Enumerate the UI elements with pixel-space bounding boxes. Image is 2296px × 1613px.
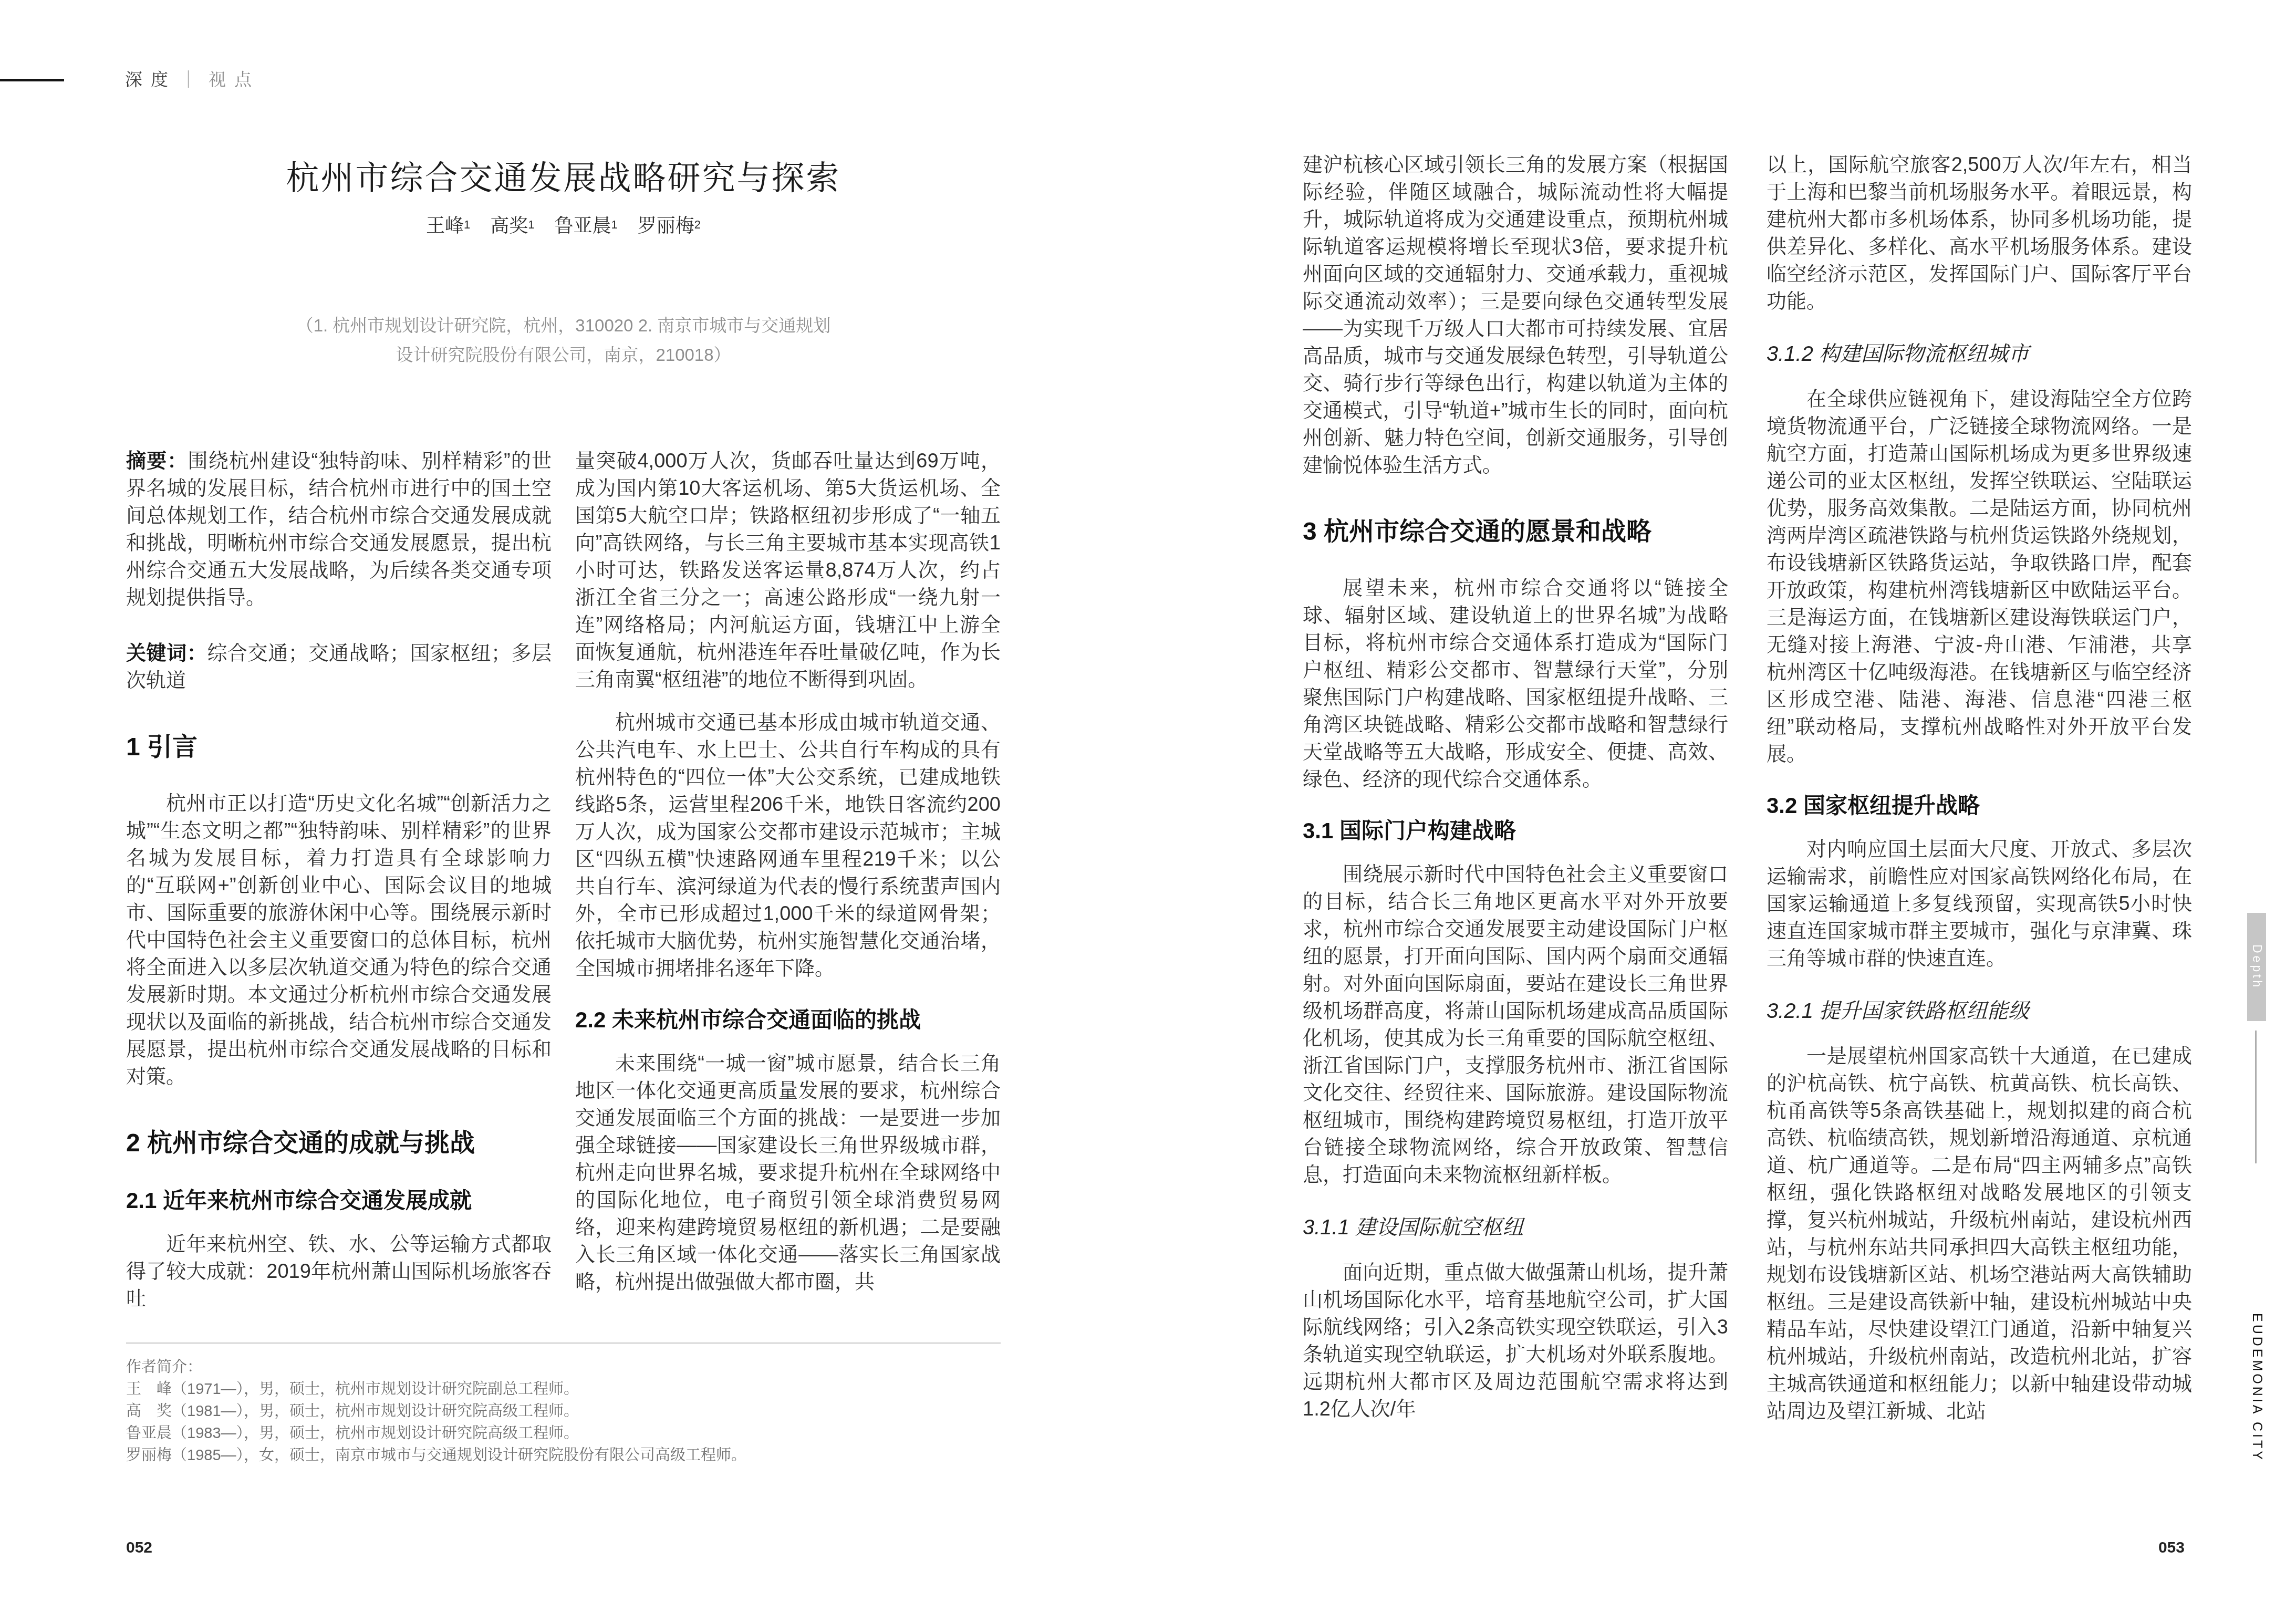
heading-3-1-international-gateway: 3.1 国际门户构建战略 [1303, 816, 1728, 845]
paragraph: 近年来杭州空、铁、水、公等运输方式都取得了较大成就：2019年杭州萧山国际机场旅… [126, 1231, 552, 1313]
top-left-rule [0, 79, 64, 81]
column-3: 建沪杭核心区域引领长三角的发展方案（根据国际经验，伴随区域融合，城际流动性将大幅… [1303, 151, 1728, 1423]
author-name: 鲁亚晨 [555, 215, 611, 236]
page-number-left: 052 [126, 1539, 152, 1557]
paragraph: 杭州城市交通已基本形成由城市轨道交通、公共汽电车、水上巴士、公共自行车构成的具有… [575, 709, 1001, 982]
bio-line: 罗丽梅（1985—），女，硕士，南京市城市与交通规划设计研究院股份有限公司高级工… [126, 1444, 1019, 1466]
keywords: 关键词：综合交通；交通战略；国家枢纽；多层次轨道 [126, 640, 552, 694]
heading-3-2-national-hub: 3.2 国家枢纽提升战略 [1767, 791, 2192, 820]
abstract-label: 摘要： [126, 450, 188, 472]
column-2: 量突破4,000万人次，货邮吞吐量达到69万吨，成为国内第10大客运机场、第5大… [575, 448, 1001, 1296]
author: 鲁亚晨1 [555, 215, 618, 236]
author-name: 罗丽梅 [638, 215, 694, 236]
paragraph: 在全球供应链视角下，建设海陆空全方位跨境货物流通平台，广泛链接全球物流网络。一是… [1767, 386, 2192, 768]
depth-section-tab: Depth [2247, 913, 2266, 1021]
kicker-section-label: 深度 [125, 70, 176, 89]
bio-line: 王 峰（1971—），男，硕士，杭州市规划设计研究院副总工程师。 [126, 1378, 1019, 1400]
kicker-column-label: 视点 [209, 70, 260, 89]
abstract: 摘要：围绕杭州建设“独特韵味、别样精彩”的世界名城的发展目标，结合杭州市进行中的… [126, 448, 552, 611]
affiliation-line-1: （1. 杭州市规划设计研究院，杭州，310020 2. 南京市城市与交通规划 [126, 311, 1001, 340]
author: 罗丽梅2 [638, 215, 701, 236]
heading-3-1-1-aviation-hub: 3.1.1 建设国际航空枢纽 [1303, 1214, 1728, 1241]
heading-2-1-achievements: 2.1 近年来杭州市综合交通发展成就 [126, 1186, 552, 1215]
author-line: 王峰1 高奖1 鲁亚晨1 罗丽梅2 [126, 211, 1001, 238]
heading-2-achievements-challenges: 2 杭州市综合交通的成就与挑战 [126, 1127, 552, 1160]
author: 王峰1 [426, 215, 470, 236]
author-name: 高奖 [490, 215, 528, 236]
author-affiliation-mark: 1 [464, 218, 470, 231]
kicker-divider: ｜ [180, 70, 205, 89]
paragraph: 展望未来，杭州市综合交通将以“链接全球、辐射区域、建设轨道上的世界名城”为战略目… [1303, 575, 1728, 793]
heading-3-vision-strategy: 3 杭州市综合交通的愿景和战略 [1303, 516, 1728, 548]
heading-1-introduction: 1 引言 [126, 731, 552, 764]
side-vertical-rule [2255, 1031, 2257, 1163]
paragraph: 围绕展示新时代中国特色社会主义重要窗口的目标，结合长三角地区更高水平对外开放要求… [1303, 861, 1728, 1189]
affiliation: （1. 杭州市规划设计研究院，杭州，310020 2. 南京市城市与交通规划 设… [126, 311, 1001, 370]
author-bios: 作者简介： 王 峰（1971—），男，硕士，杭州市规划设计研究院副总工程师。 高… [126, 1356, 1019, 1466]
paragraph: 一是展望杭州国家高铁十大通道，在已建成的沪杭高铁、杭宁高铁、杭黄高铁、杭长高铁、… [1767, 1043, 2192, 1425]
abstract-text: 围绕杭州建设“独特韵味、别样精彩”的世界名城的发展目标，结合杭州市进行中的国土空… [126, 450, 552, 609]
paragraph: 杭州市正以打造“历史文化名城”“创新活力之城”“生态文明之都”“独特韵味、别样精… [126, 790, 552, 1090]
author-name: 王峰 [426, 215, 464, 236]
paragraph-continued: 量突破4,000万人次，货邮吞吐量达到69万吨，成为国内第10大客运机场、第5大… [575, 448, 1001, 693]
heading-3-2-1-railway-hub: 3.2.1 提升国家铁路枢纽能级 [1767, 997, 2192, 1025]
magazine-name-vertical: EUDEMONIA CITY [2249, 1313, 2264, 1502]
author-affiliation-mark: 1 [611, 218, 618, 231]
paragraph: 对内响应国土层面大尺度、开放式、多层次运输需求，前瞻性应对国家高铁网络化布局，在… [1767, 836, 2192, 972]
section-kicker: 深度｜视点 [125, 66, 260, 91]
bio-line: 鲁亚晨（1983—），男，硕士，杭州市规划设计研究院高级工程师。 [126, 1422, 1019, 1444]
bio-divider-rule [126, 1343, 1001, 1344]
paragraph-continued: 以上，国际航空旅客2,500万人次/年左右，相当于上海和巴黎当前机场服务水平。着… [1767, 151, 2192, 315]
affiliation-line-2: 设计研究院股份有限公司，南京，210018） [126, 340, 1001, 370]
author-affiliation-mark: 2 [694, 218, 701, 231]
keywords-label: 关键词： [126, 642, 207, 664]
heading-2-2-challenges: 2.2 未来杭州市综合交通面临的挑战 [575, 1005, 1001, 1034]
author-affiliation-mark: 1 [528, 218, 534, 231]
paragraph-continued: 建沪杭核心区域引领长三角的发展方案（根据国际经验，伴随区域融合，城际流动性将大幅… [1303, 151, 1728, 479]
depth-tab-label: Depth [2250, 944, 2264, 990]
article-title: 杭州市综合交通发展战略研究与探索 [126, 151, 1001, 199]
bio-line: 高 奖（1981—），男，硕士，杭州市规划设计研究院高级工程师。 [126, 1400, 1019, 1422]
column-4: 以上，国际航空旅客2,500万人次/年左右，相当于上海和巴黎当前机场服务水平。着… [1767, 151, 2192, 1425]
page-number-right: 053 [2158, 1539, 2185, 1557]
paragraph: 面向近期，重点做大做强萧山机场，提升萧山机场国际化水平，培育基地航空公司，扩大国… [1303, 1259, 1728, 1423]
heading-3-1-2-logistics-hub: 3.1.2 构建国际物流枢纽城市 [1767, 340, 2192, 368]
paragraph: 未来围绕“一城一窗”城市愿景，结合长三角地区一体化交通更高质量发展的要求，杭州综… [575, 1050, 1001, 1296]
bios-label: 作者简介： [126, 1356, 1019, 1378]
column-1: 摘要：围绕杭州建设“独特韵味、别样精彩”的世界名城的发展目标，结合杭州市进行中的… [126, 448, 552, 1313]
author: 高奖1 [490, 215, 534, 236]
